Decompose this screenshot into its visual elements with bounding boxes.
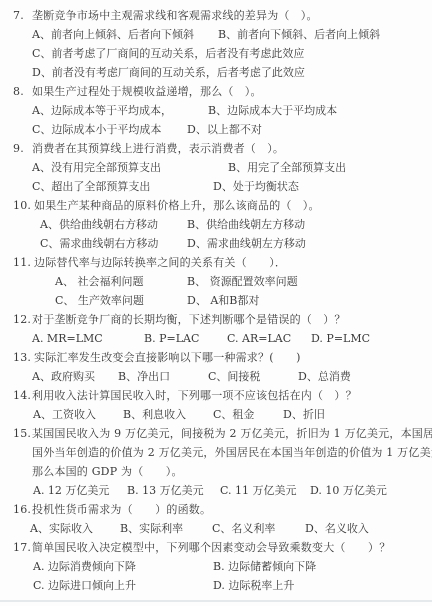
option-11d: D、 A和B都对 xyxy=(187,291,259,310)
option-7a: A、前者向上倾斜、后者向下倾斜 xyxy=(32,25,218,44)
question-text: 实际汇率发生改变会直接影响以下哪一种需求？( ) xyxy=(34,351,301,364)
question-8-stem: 8.如果生产过程处于规模收益递增，那么（ ）。 xyxy=(13,82,428,101)
option-12d: D. P=LMC xyxy=(311,329,370,348)
question-15-stem-line2: 国外当年创造的价值为 2 万亿美元，外国居民在本国当年创造的价值为 1 万亿美元… xyxy=(13,443,428,462)
option-14d: D、折旧 xyxy=(283,405,325,424)
question-text: 国外当年创造的价值为 2 万亿美元，外国居民在本国当年创造的价值为 1 万亿美元… xyxy=(32,446,432,459)
question-7-stem: 7.垄断竞争市场中主观需求线和客观需求线的差异为（ ）。 xyxy=(13,6,428,25)
option-13a: A、政府购买 xyxy=(32,367,118,386)
option-12c: C. AR=LAC xyxy=(227,329,311,348)
question-10-options-row1: A、供给曲线朝右方移动B、供给曲线朝左方移动 xyxy=(13,215,428,234)
question-number: 15. xyxy=(13,424,32,443)
question-text: 边际替代率与边际转换率之间的关系有关（ ）． xyxy=(34,256,286,269)
question-11-stem: 11.边际替代率与边际转换率之间的关系有关（ ）． xyxy=(13,253,428,272)
option-15a: A. 12 万亿美元 xyxy=(33,481,127,500)
question-text: 那么本国的 GDP 为（ ）。 xyxy=(32,465,183,478)
question-12-stem: 12.对于垄断竞争厂商的长期均衡，下述判断哪个是错误的（ ）？ xyxy=(13,310,428,329)
question-11-options-row2: C、 生产效率问题D、 A和B都对 xyxy=(13,291,428,310)
option-11b: B、 资源配置效率问题 xyxy=(187,272,298,291)
question-16-stem: 16.投机性货币需求为（ ）的函数。 xyxy=(13,500,428,519)
question-11-options-row1: A、 社会福利问题B、 资源配置效率问题 xyxy=(13,272,428,291)
option-9c: C、超出了全部预算支出 xyxy=(32,177,213,196)
option-11c: C、 生产效率问题 xyxy=(55,291,187,310)
option-15d: D. 10 万亿美元 xyxy=(310,481,387,500)
option-7c: C、前者考虑了厂商间的互动关系，后者没有考虑此效应 xyxy=(32,44,304,63)
option-9a: A、没有用完全部预算支出 xyxy=(32,158,228,177)
option-14c: C、租金 xyxy=(213,405,283,424)
question-12: 12.对于垄断竞争厂商的长期均衡，下述判断哪个是错误的（ ）？ A. MR=LM… xyxy=(13,310,428,348)
page-bottom-divider xyxy=(0,600,432,602)
question-number: 17. xyxy=(13,538,32,557)
question-text: 简单国民收入决定模型中，下列哪个因素变动会导致乘数变大（ ）？ xyxy=(32,541,390,554)
option-16a: A、实际收入 xyxy=(30,519,120,538)
question-text: 垄断竞争市场中主观需求线和客观需求线的差异为（ ）。 xyxy=(32,9,318,22)
option-8c: C、边际成本小于平均成本 xyxy=(32,120,187,139)
option-10d: D、需求曲线朝左方移动 xyxy=(187,234,306,253)
question-7: 7.垄断竞争市场中主观需求线和客观需求线的差异为（ ）。 A、前者向上倾斜、后者… xyxy=(13,6,428,82)
question-17-stem: 17.简单国民收入决定模型中，下列哪个因素变动会导致乘数变大（ ）？ xyxy=(13,538,428,557)
question-number: 12. xyxy=(13,310,32,329)
question-12-options-row1: A. MR=LMCB. P=LACC. AR=LACD. P=LMC xyxy=(13,329,428,348)
option-9d: D、处于均衡状态 xyxy=(213,177,299,196)
question-9-options-row1: A、没有用完全部预算支出B、用完了全部预算支出 xyxy=(13,158,428,177)
question-text: 投机性货币需求为（ ）的函数。 xyxy=(32,503,211,516)
option-13c: C、间接税 xyxy=(208,367,298,386)
question-9: 9.消费者在其预算线上进行消费，表示消费者（ ）。 A、没有用完全部预算支出B、… xyxy=(13,139,428,196)
question-text: 某国国民收入为 9 万亿美元，间接税为 2 万亿美元，折旧为 1 万亿美元，本国… xyxy=(32,427,432,440)
option-10b: B、供给曲线朝左方移动 xyxy=(187,215,305,234)
option-16b: B、实际利率 xyxy=(120,519,212,538)
question-7-options-row1: A、前者向上倾斜、后者向下倾斜B、前者向下倾斜、后者向上倾斜 xyxy=(13,25,428,44)
option-17c: C. 边际进口倾向上升 xyxy=(33,576,213,595)
question-9-options-row2: C、超出了全部预算支出D、处于均衡状态 xyxy=(13,177,428,196)
option-17d: D. 边际税率上升 xyxy=(213,576,294,595)
question-number: 13. xyxy=(13,348,34,367)
option-14b: B、利息收入 xyxy=(123,405,213,424)
option-13d: D、总消费 xyxy=(298,367,351,386)
question-text: 如果生产过程处于规模收益递增，那么（ ）。 xyxy=(32,85,262,98)
option-12a: A. MR=LMC xyxy=(32,329,144,348)
option-12b: B. P=LAC xyxy=(144,329,227,348)
option-8b: B、边际成本大于平均成本 xyxy=(208,101,337,120)
question-13-stem: 13.实际汇率发生改变会直接影响以下哪一种需求？( ) xyxy=(13,348,428,367)
question-7-options-row3: D、前者没有考虑厂商间的互动关系，后者考虑了此效应 xyxy=(13,63,428,82)
option-7b: B、前者向下倾斜、后者向上倾斜 xyxy=(218,25,380,44)
question-number: 11. xyxy=(13,253,34,272)
question-15-options-row1: A. 12 万亿美元B. 13 万亿美元C. 11 万亿美元D. 10 万亿美元 xyxy=(13,481,428,500)
question-16: 16.投机性货币需求为（ ）的函数。 A、实际收入B、实际利率C、名义利率D、名… xyxy=(13,500,428,538)
option-8d: D、以上都不对 xyxy=(187,120,262,139)
option-15b: B. 13 万亿美元 xyxy=(127,481,220,500)
option-13b: B、净出口 xyxy=(118,367,208,386)
question-16-options-row1: A、实际收入B、实际利率C、名义利率D、名义收入 xyxy=(13,519,428,538)
question-17-options-row1: A. 边际消费倾向下降B. 边际储蓄倾向下降 xyxy=(13,557,428,576)
option-17b: B. 边际储蓄倾向下降 xyxy=(213,557,316,576)
question-number: 7. xyxy=(13,6,32,25)
question-number: 8. xyxy=(13,82,32,101)
question-17: 17.简单国民收入决定模型中，下列哪个因素变动会导致乘数变大（ ）？ A. 边际… xyxy=(13,538,428,595)
question-text: 消费者在其预算线上进行消费，表示消费者（ ）。 xyxy=(32,142,284,155)
question-8: 8.如果生产过程处于规模收益递增，那么（ ）。 A、边际成本等于平均成本，B、边… xyxy=(13,82,428,139)
question-9-stem: 9.消费者在其预算线上进行消费，表示消费者（ ）。 xyxy=(13,139,428,158)
question-14-stem: 14.利用收入法计算国民收入时，下列哪一项不应该包括在内（ ）？ xyxy=(13,386,428,405)
question-8-options-row2: C、边际成本小于平均成本D、以上都不对 xyxy=(13,120,428,139)
question-7-options-row2: C、前者考虑了厂商间的互动关系，后者没有考虑此效应 xyxy=(13,44,428,63)
question-13-options-row1: A、政府购买B、净出口C、间接税D、总消费 xyxy=(13,367,428,386)
question-number: 14. xyxy=(13,386,32,405)
option-15c: C. 11 万亿美元 xyxy=(220,481,310,500)
option-17a: A. 边际消费倾向下降 xyxy=(33,557,213,576)
question-text: 如果生产某种商品的原料价格上升，那么该商品的（ ）。 xyxy=(34,199,320,212)
question-15: 15.某国国民收入为 9 万亿美元，间接税为 2 万亿美元，折旧为 1 万亿美元… xyxy=(13,424,428,500)
option-9b: B、用完了全部预算支出 xyxy=(228,158,346,177)
option-14a: A、工资收入 xyxy=(33,405,123,424)
option-16d: D、名义收入 xyxy=(305,519,369,538)
question-number: 16. xyxy=(13,500,32,519)
question-text: 对于垄断竞争厂商的长期均衡，下述判断哪个是错误的（ ）？ xyxy=(32,313,346,326)
question-10-stem: 10.如果生产某种商品的原料价格上升，那么该商品的（ ）。 xyxy=(13,196,428,215)
exam-page: 7.垄断竞争市场中主观需求线和客观需求线的差异为（ ）。 A、前者向上倾斜、后者… xyxy=(13,6,428,595)
question-number: 10. xyxy=(13,196,34,215)
question-15-stem-line1: 15.某国国民收入为 9 万亿美元，间接税为 2 万亿美元，折旧为 1 万亿美元… xyxy=(13,424,428,443)
option-8a: A、边际成本等于平均成本， xyxy=(32,101,208,120)
option-7d: D、前者没有考虑厂商间的互动关系，后者考虑了此效应 xyxy=(32,63,305,82)
question-10-options-row2: C、需求曲线朝右方移动D、需求曲线朝左方移动 xyxy=(13,234,428,253)
question-13: 13.实际汇率发生改变会直接影响以下哪一种需求？( ) A、政府购买B、净出口C… xyxy=(13,348,428,386)
option-10c: C、需求曲线朝右方移动 xyxy=(40,234,187,253)
question-14-options-row1: A、工资收入B、利息收入C、租金D、折旧 xyxy=(13,405,428,424)
question-15-stem-line3: 那么本国的 GDP 为（ ）。 xyxy=(13,462,428,481)
question-number: 9. xyxy=(13,139,32,158)
option-10a: A、供给曲线朝右方移动 xyxy=(40,215,187,234)
question-14: 14.利用收入法计算国民收入时，下列哪一项不应该包括在内（ ）？ A、工资收入B… xyxy=(13,386,428,424)
question-17-options-row2: C. 边际进口倾向上升D. 边际税率上升 xyxy=(13,576,428,595)
option-16c: C、名义利率 xyxy=(212,519,305,538)
question-8-options-row1: A、边际成本等于平均成本，B、边际成本大于平均成本 xyxy=(13,101,428,120)
question-11: 11.边际替代率与边际转换率之间的关系有关（ ）． A、 社会福利问题B、 资源… xyxy=(13,253,428,310)
question-text: 利用收入法计算国民收入时，下列哪一项不应该包括在内（ ）？ xyxy=(32,389,357,402)
question-10: 10.如果生产某种商品的原料价格上升，那么该商品的（ ）。 A、供给曲线朝右方移… xyxy=(13,196,428,253)
option-11a: A、 社会福利问题 xyxy=(55,272,187,291)
